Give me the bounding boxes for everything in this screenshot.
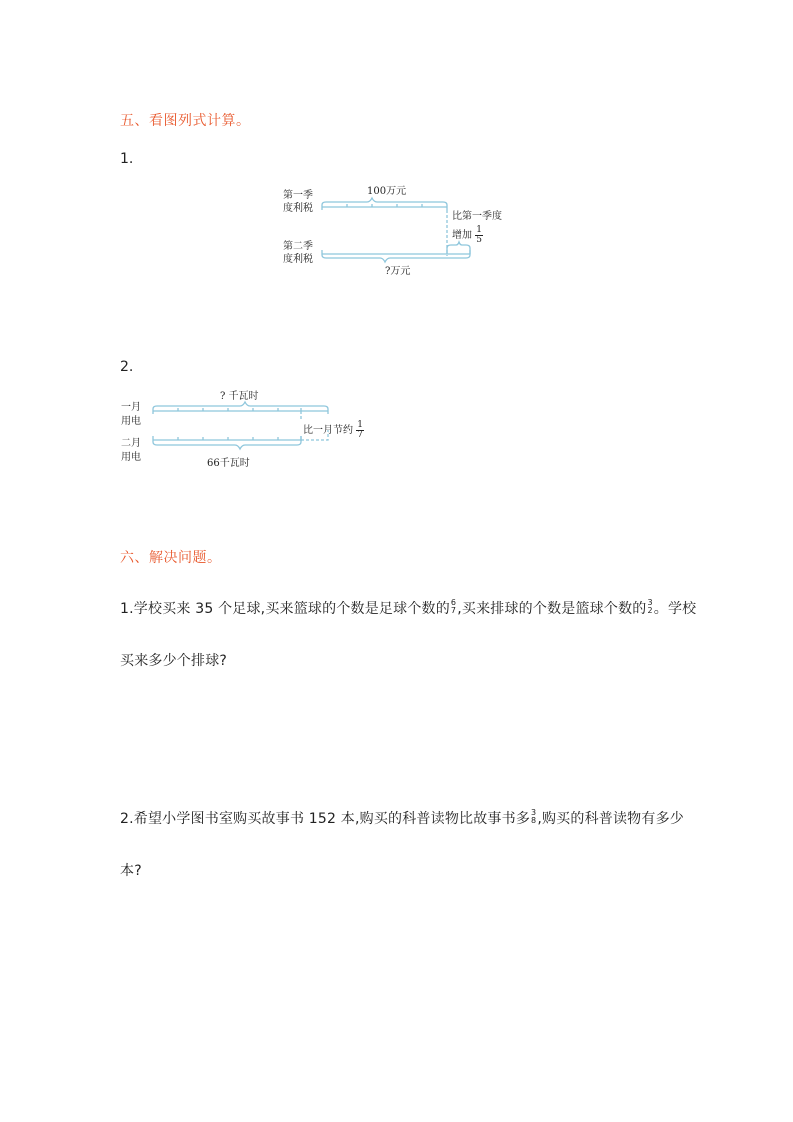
problem-2-line-2: 本?: [120, 860, 142, 880]
question-2-number: 2.: [120, 359, 133, 375]
fraction-3-2: 32: [647, 599, 652, 615]
fraction-3-8: 38: [531, 809, 536, 825]
diagram-2-row1-label: 一月 用电: [121, 401, 141, 429]
diagram-1-row2-label: 第二季 度利税: [283, 240, 313, 266]
diagram-1-bars: [318, 196, 518, 276]
section-6-title: 六、解决问题。: [120, 547, 222, 567]
section-5-title: 五、看图列式计算。: [120, 110, 251, 130]
problem-2-line-1: 2.希望小学图书室购买故事书 152 本,购买的科普读物比故事书多38,购买的科…: [120, 808, 684, 828]
problem-1-line-2: 买来多少个排球?: [120, 650, 227, 670]
question-1-number: 1.: [120, 151, 133, 167]
diagram-2-row2-label: 二月 用电: [121, 437, 141, 465]
diagram-2-bars: [150, 400, 370, 470]
fraction-6-7: 67: [451, 599, 456, 615]
diagram-1-row1-label: 第一季 度利税: [283, 189, 313, 215]
problem-1-line-1: 1.学校买来 35 个足球,买来篮球的个数是足球个数的67,买来排球的个数是篮球…: [120, 598, 696, 618]
